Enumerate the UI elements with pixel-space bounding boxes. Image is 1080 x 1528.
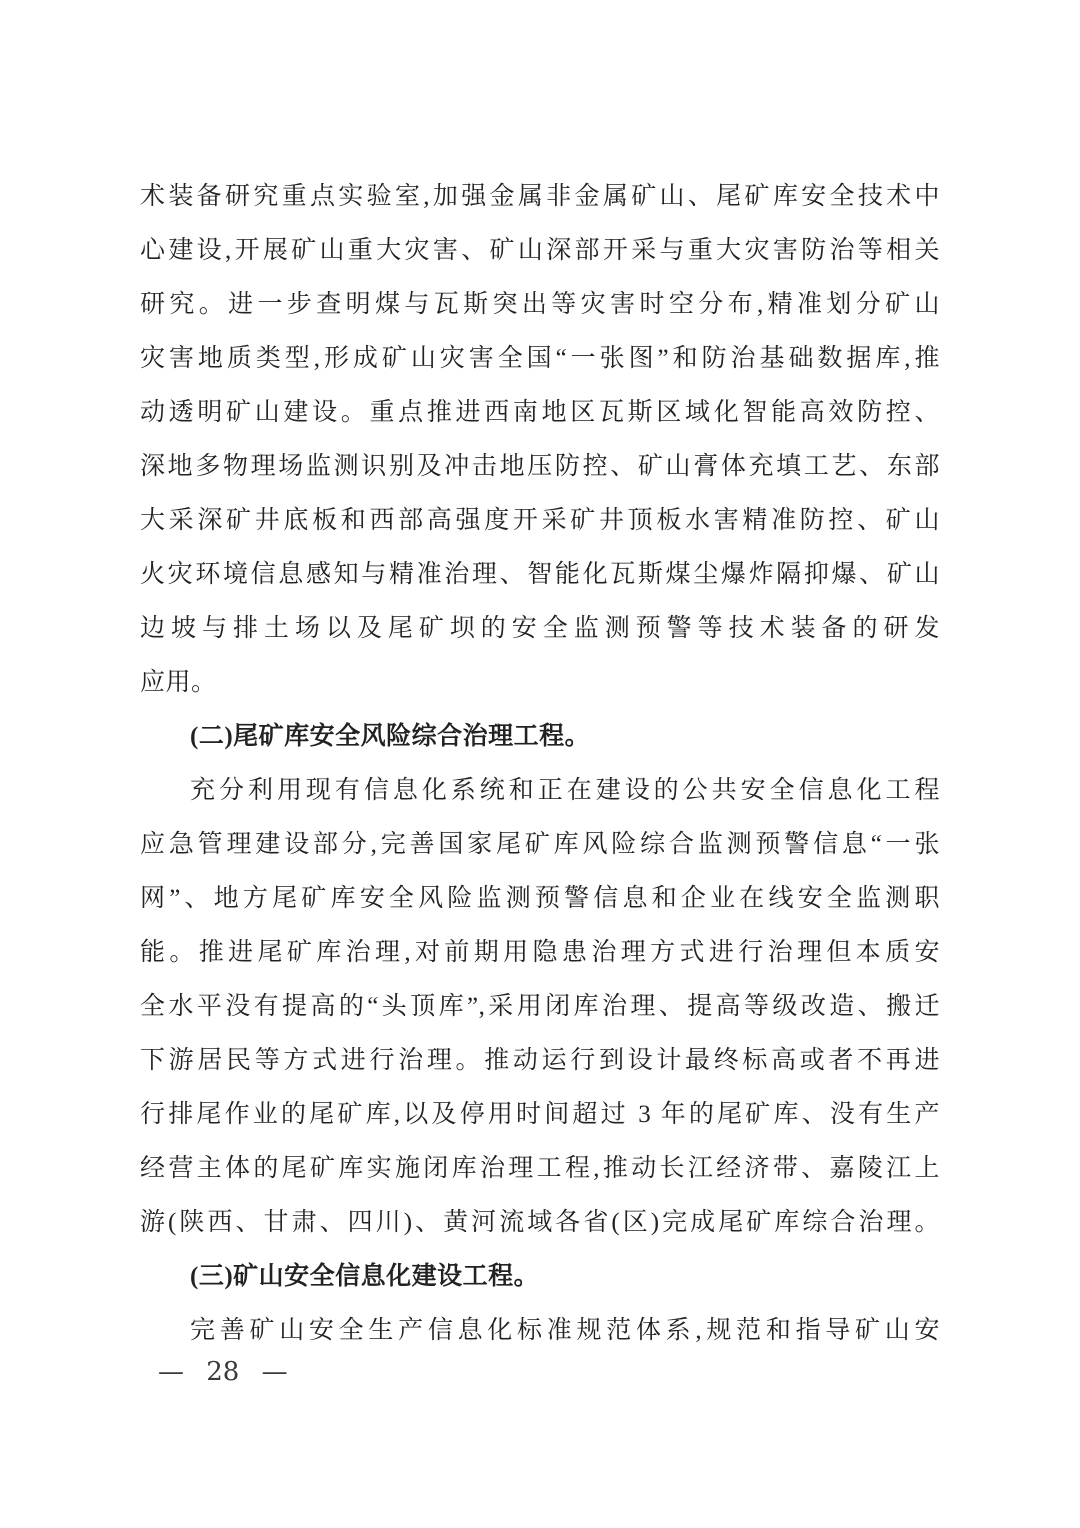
section-heading: (二)尾矿库安全风险综合治理工程。 <box>140 710 940 764</box>
document-body: 术装备研究重点实验室,加强金属非金属矿山、尾矿库安全技术中 心建设,开展矿山重大… <box>140 170 940 1358</box>
body-line: 心建设,开展矿山重大灾害、矿山深部开采与重大灾害防治等相关 <box>140 224 940 278</box>
body-line: 火灾环境信息感知与精准治理、智能化瓦斯煤尘爆炸隔抑爆、矿山 <box>140 548 940 602</box>
body-line: 动透明矿山建设。重点推进西南地区瓦斯区域化智能高效防控、 <box>140 386 940 440</box>
body-line: 能。推进尾矿库治理,对前期用隐患治理方式进行治理但本质安 <box>140 926 940 980</box>
body-line: 行排尾作业的尾矿库,以及停用时间超过 3 年的尾矿库、没有生产 <box>140 1088 940 1142</box>
body-line: 经营主体的尾矿库实施闭库治理工程,推动长江经济带、嘉陵江上 <box>140 1142 940 1196</box>
body-line: 研究。进一步查明煤与瓦斯突出等灾害时空分布,精准划分矿山 <box>140 278 940 332</box>
body-line: 大采深矿井底板和西部高强度开采矿井顶板水害精准防控、矿山 <box>140 494 940 548</box>
body-line: 下游居民等方式进行治理。推动运行到设计最终标高或者不再进 <box>140 1034 940 1088</box>
section-heading: (三)矿山安全信息化建设工程。 <box>140 1250 940 1304</box>
body-line: 应急管理建设部分,完善国家尾矿库风险综合监测预警信息“一张 <box>140 818 940 872</box>
body-line: 网”、地方尾矿库安全风险监测预警信息和企业在线安全监测职 <box>140 872 940 926</box>
page-number: — 28 — <box>158 1352 288 1392</box>
body-line: 边坡与排土场以及尾矿坝的安全监测预警等技术装备的研发 <box>140 602 940 656</box>
body-line: 术装备研究重点实验室,加强金属非金属矿山、尾矿库安全技术中 <box>140 170 940 224</box>
body-line: 灾害地质类型,形成矿山灾害全国“一张图”和防治基础数据库,推 <box>140 332 940 386</box>
document-page: 术装备研究重点实验室,加强金属非金属矿山、尾矿库安全技术中 心建设,开展矿山重大… <box>0 0 1080 1528</box>
body-line: 游(陕西、甘肃、四川)、黄河流域各省(区)完成尾矿库综合治理。 <box>140 1196 940 1250</box>
body-line: 全水平没有提高的“头顶库”,采用闭库治理、提高等级改造、搬迁 <box>140 980 940 1034</box>
body-line: 深地多物理场监测识别及冲击地压防控、矿山膏体充填工艺、东部 <box>140 440 940 494</box>
body-line: 充分利用现有信息化系统和正在建设的公共安全信息化工程 <box>140 764 940 818</box>
body-line: 应用。 <box>140 656 940 710</box>
body-line: 完善矿山安全生产信息化标准规范体系,规范和指导矿山安 <box>140 1304 940 1358</box>
